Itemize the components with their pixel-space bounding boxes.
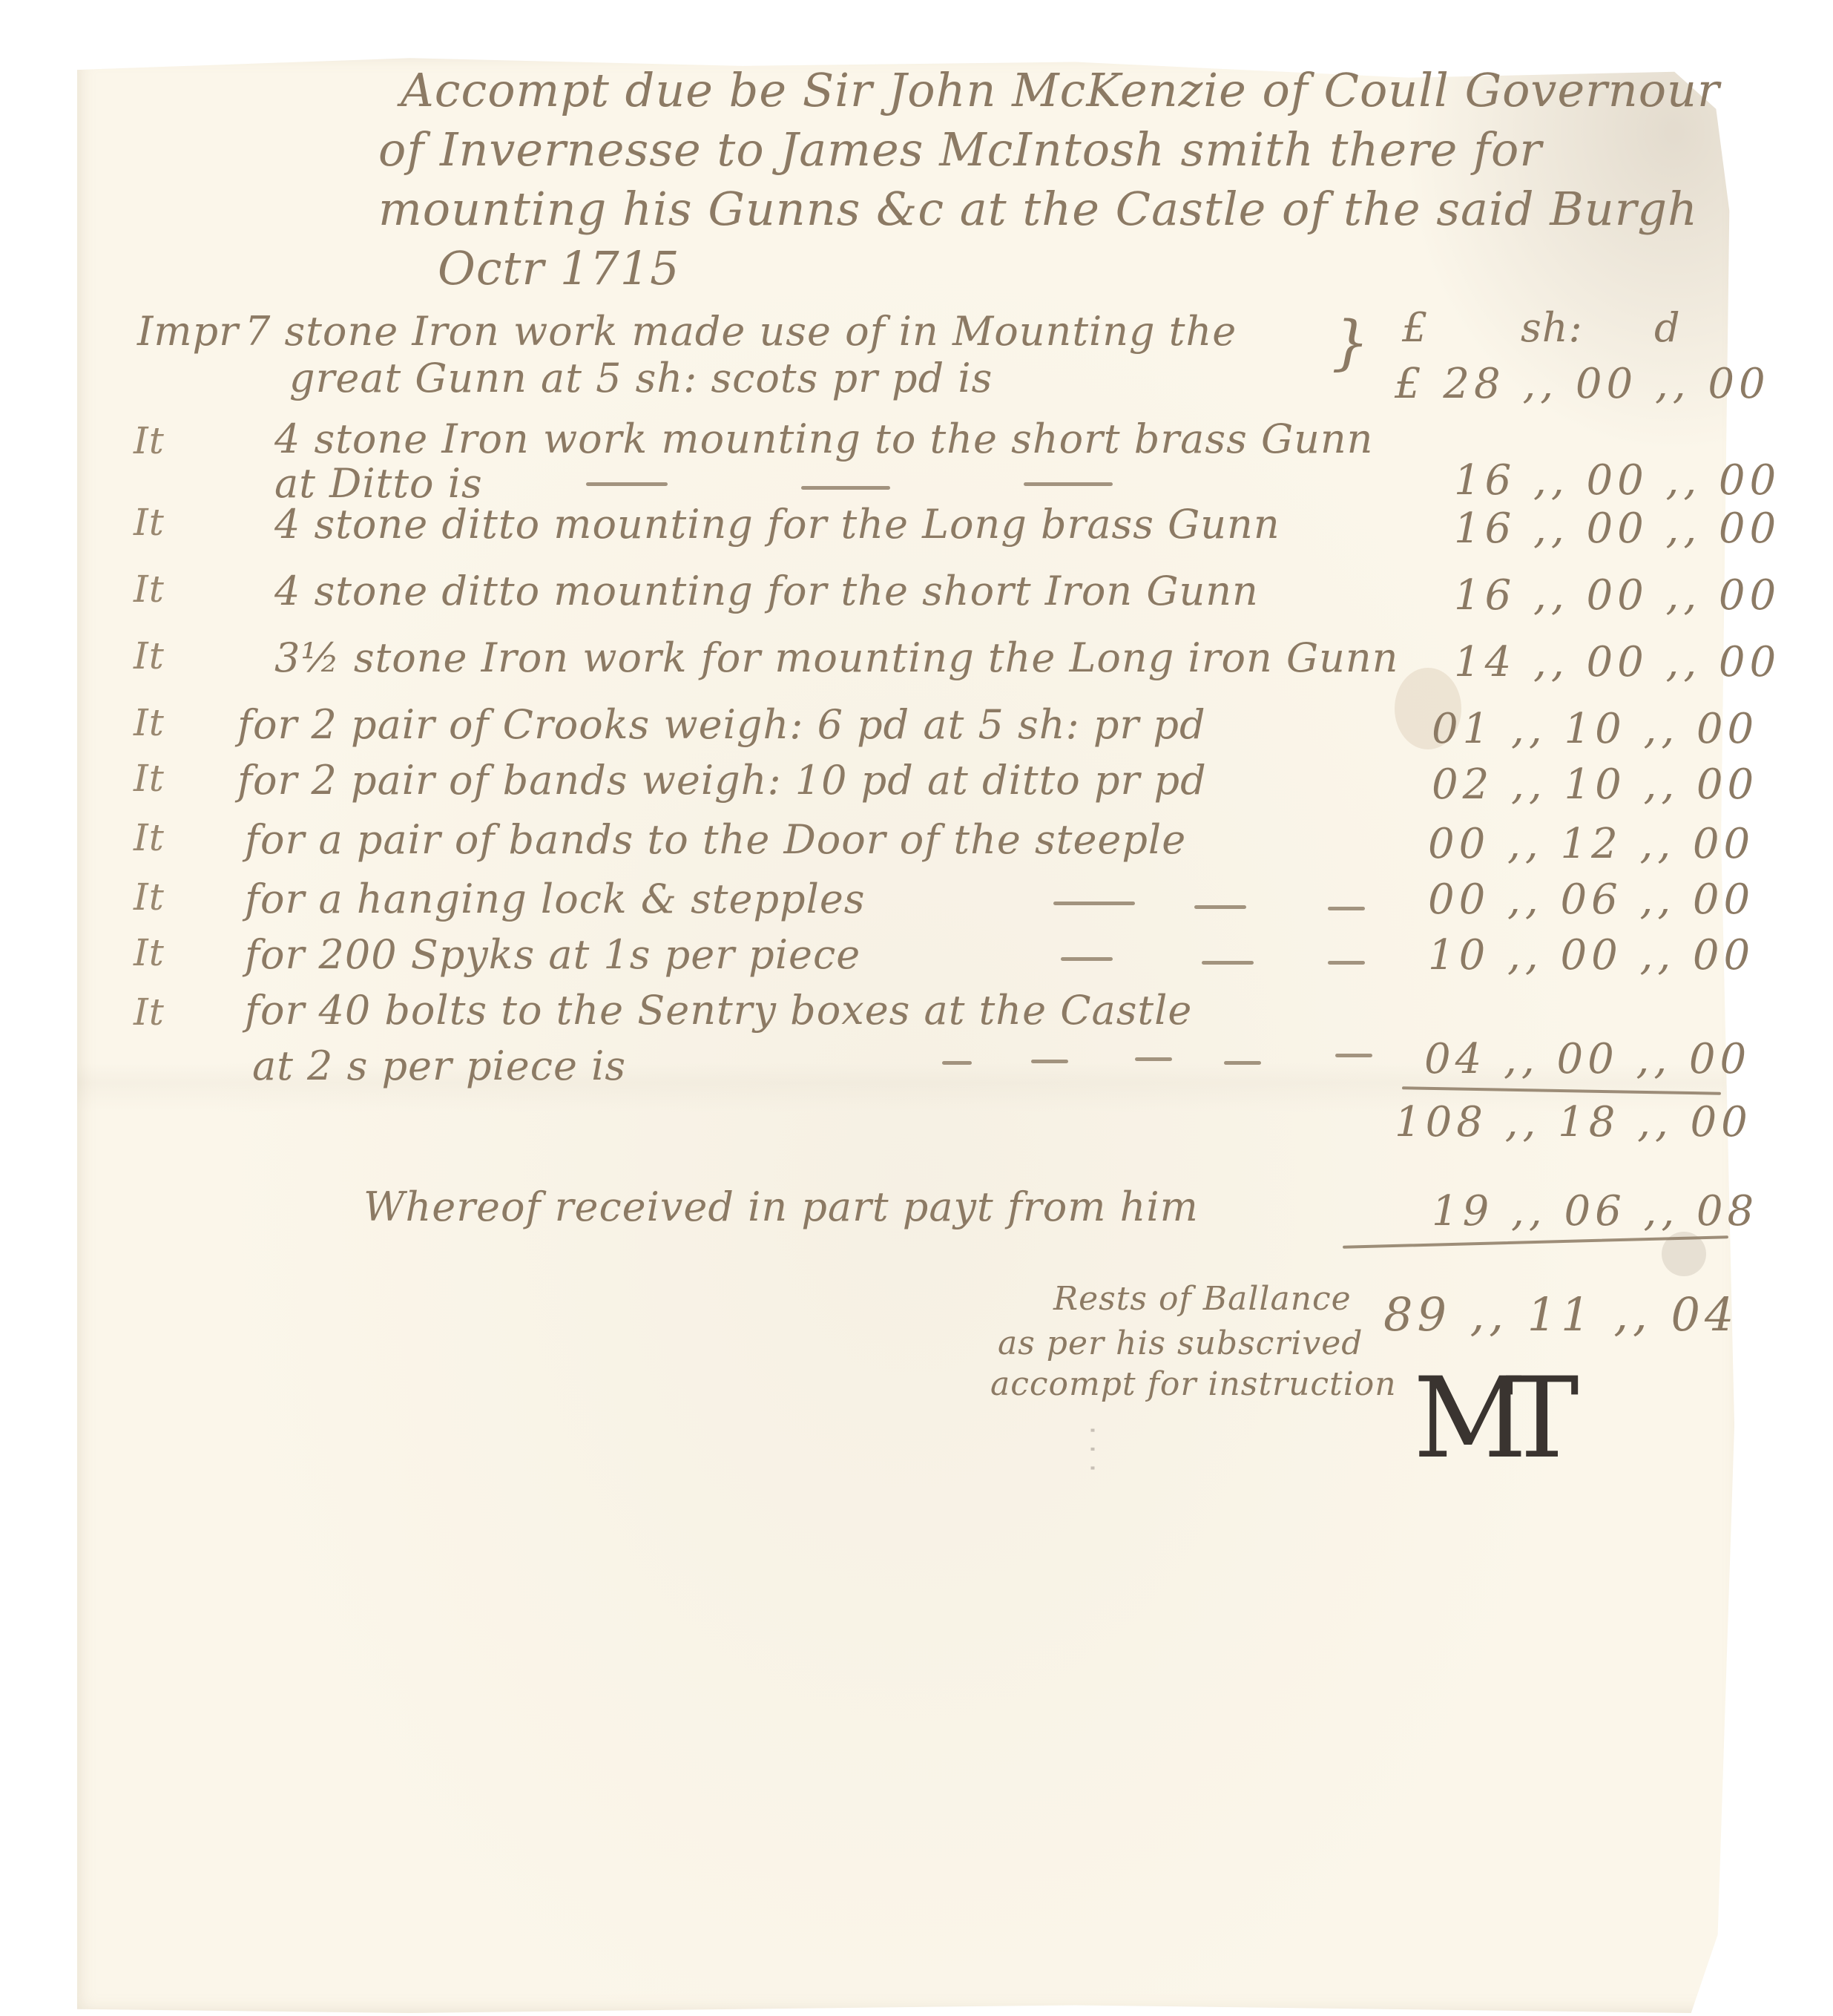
heading-line-2: of Invernesse to James McIntosh smith th… — [378, 122, 1542, 177]
item-text-continued: at 2 s per piece is — [252, 1043, 626, 1089]
item-amount: 00 ,, 06 ,, 00 — [1428, 876, 1754, 924]
item-text: for 2 pair of bands weigh: 10 pd at ditt… — [237, 757, 1207, 804]
item-amount: 16 ,, 00 ,, 00 — [1454, 505, 1780, 553]
item-marker: It — [134, 634, 165, 677]
item-marker: It — [134, 757, 165, 800]
item-text-continued: at Ditto is — [274, 460, 483, 507]
item-amount: 10 ,, 00 ,, 00 — [1428, 931, 1754, 979]
item-text: 4 stone ditto mounting for the Long bras… — [274, 501, 1280, 548]
item-text: for 200 Spyks at 1s per piece — [245, 931, 860, 978]
item-text-continued: great Gunn at 5 sh: scots pr pd is — [289, 355, 993, 401]
balance-note-line-1: as per his subscrived — [998, 1324, 1363, 1362]
item-text: 3½ stone Iron work for mounting the Long… — [274, 634, 1398, 681]
item-text: 4 stone ditto mounting for the short Iro… — [274, 568, 1259, 614]
item-amount: 01 ,, 10 ,, 00 — [1432, 705, 1758, 753]
item-text: for 40 bolts to the Sentry boxes at the … — [245, 987, 1192, 1034]
signature-mark: MT — [1413, 1354, 1557, 1483]
received-text: Whereof received in part payt from him — [363, 1183, 1199, 1230]
leader-dash — [1224, 1061, 1261, 1065]
item-marker: It — [134, 419, 165, 462]
item-marker: It — [134, 701, 165, 744]
leader-dash — [1031, 1060, 1068, 1063]
item-marker: It — [134, 568, 165, 611]
total-amount: 108 ,, 18 ,, 00 — [1395, 1098, 1752, 1146]
leader-dash — [1328, 907, 1365, 910]
item-marker: It — [134, 931, 165, 974]
pencil-annotation: · · · — [1075, 1425, 1109, 1473]
heading-line-3: mounting his Gunns &c at the Castle of t… — [378, 182, 1698, 236]
item-text: for a pair of bands to the Door of the s… — [245, 816, 1186, 863]
leader-dash — [1335, 1054, 1372, 1057]
leader-dash — [1024, 482, 1113, 486]
item-amount: 04 ,, 00 ,, 00 — [1424, 1035, 1751, 1083]
balance-label: Rests of Ballance — [1053, 1280, 1352, 1318]
leader-dash — [801, 486, 890, 490]
item-amount: 16 ,, 00 ,, 00 — [1454, 571, 1780, 620]
leader-dash — [1061, 957, 1113, 961]
heading-date: Octr 1715 — [438, 241, 680, 295]
leader-dash — [1135, 1057, 1172, 1061]
item-marker: It — [134, 816, 165, 859]
leader-dash — [1194, 905, 1246, 909]
item-marker: Impr — [137, 308, 239, 355]
leader-dash — [942, 1061, 972, 1065]
leader-dash — [1202, 961, 1254, 965]
item-amount: 02 ,, 10 ,, 00 — [1432, 761, 1758, 809]
item-text: for a hanging lock & stepples — [245, 876, 866, 922]
item-amount: £ 28 ,, 00 ,, 00 — [1395, 360, 1770, 408]
item-amount: 00 ,, 12 ,, 00 — [1428, 820, 1754, 868]
leader-dash — [586, 482, 668, 486]
received-amount: 19 ,, 06 ,, 08 — [1432, 1187, 1758, 1235]
item-text: 4 stone Iron work mounting to the short … — [274, 416, 1373, 462]
balance-note-line-2: accompt for instruction — [990, 1365, 1397, 1403]
item-marker: It — [134, 876, 165, 919]
heading-line-1: Accompt due be Sir John McKenzie of Coul… — [401, 63, 1720, 117]
item-text: for 2 pair of Crooks weigh: 6 pd at 5 sh… — [237, 701, 1206, 748]
balance-amount: 89 ,, 11 ,, 04 — [1383, 1287, 1738, 1342]
item-marker: It — [134, 991, 165, 1034]
leader-dash — [1328, 961, 1365, 965]
leader-dash — [1053, 902, 1135, 905]
column-pence: d — [1654, 304, 1681, 351]
item-marker: It — [134, 501, 165, 544]
column-pounds: £ — [1402, 304, 1428, 351]
item-amount: 16 ,, 00 ,, 00 — [1454, 456, 1780, 505]
item-text: 7 stone Iron work made use of in Mountin… — [245, 308, 1237, 355]
column-shillings: sh: — [1521, 304, 1583, 351]
item-amount: 14 ,, 00 ,, 00 — [1454, 638, 1780, 686]
brace-icon: } — [1332, 308, 1370, 377]
